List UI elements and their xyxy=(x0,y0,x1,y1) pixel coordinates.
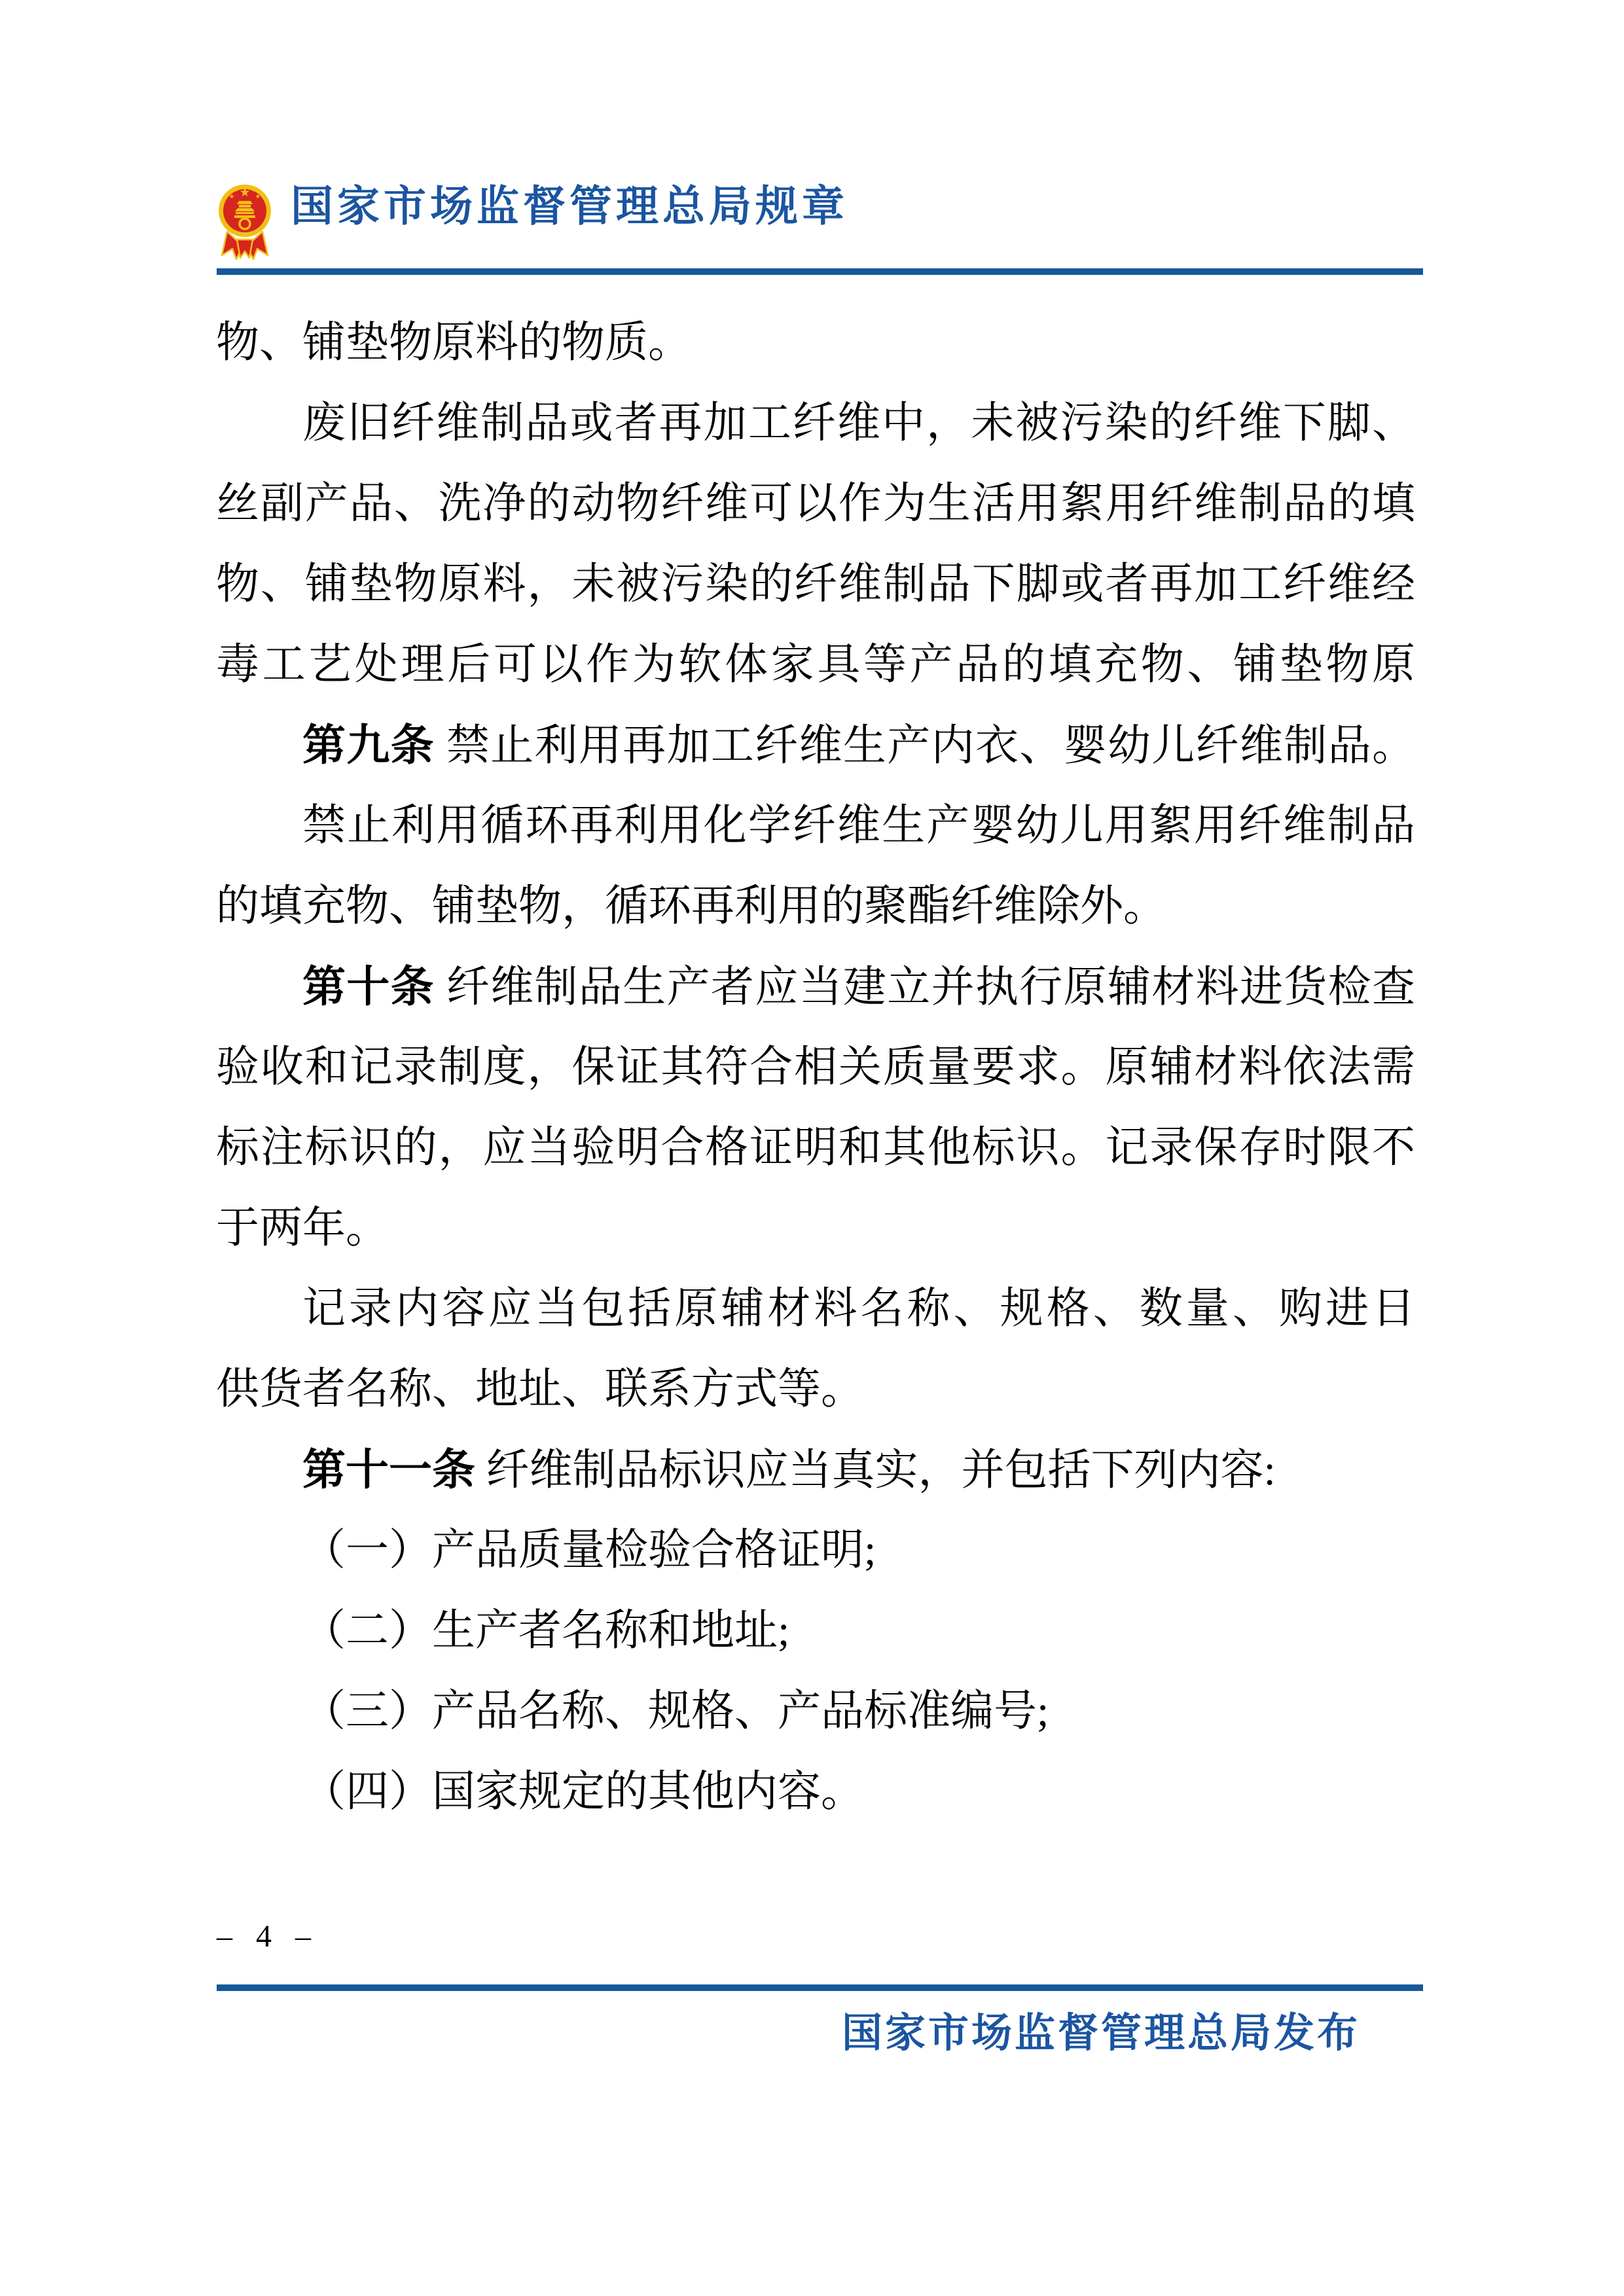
body-line: 的填充物、铺垫物，循环再利用的聚酯纤维除外。 xyxy=(216,866,1415,946)
body-line: 废旧纤维制品或者再加工纤维中，未被污染的纤维下脚、缫 xyxy=(216,383,1415,463)
body-line: 第九条 禁止利用再加工纤维生产内衣、婴幼儿纤维制品。 xyxy=(216,705,1415,785)
document-header: 国家市场监督管理总局规章 xyxy=(217,182,848,263)
body-line: 毒工艺处理后可以作为软体家具等产品的填充物、铺垫物原料。 xyxy=(216,624,1415,705)
article-number: 第十条 xyxy=(302,961,435,1012)
body-line: 于两年。 xyxy=(216,1188,1415,1268)
body-line: （二）生产者名称和地址; xyxy=(216,1590,1415,1671)
document-body: 物、铺垫物原料的物质。废旧纤维制品或者再加工纤维中，未被污染的纤维下脚、缫丝副产… xyxy=(216,302,1415,1832)
body-line: 供货者名称、地址、联系方式等。 xyxy=(216,1349,1415,1429)
page-number: – 4 – xyxy=(217,1915,316,1958)
body-line: 标注标识的，应当验明合格证明和其他标识。记录保存时限不少 xyxy=(216,1107,1415,1188)
footer-publisher: 国家市场监督管理总局发布 xyxy=(217,2005,1423,2062)
body-line: （三）产品名称、规格、产品标准编号; xyxy=(216,1671,1415,1751)
header-agency-title: 国家市场监督管理总局规章 xyxy=(291,182,848,232)
body-line: 第十条 纤维制品生产者应当建立并执行原辅材料进货检查 xyxy=(216,946,1415,1027)
document-page: 国家市场监督管理总局规章 物、铺垫物原料的物质。废旧纤维制品或者再加工纤维中，未… xyxy=(0,0,1624,2296)
body-line: 禁止利用循环再利用化学纤维生产婴幼儿用絮用纤维制品 xyxy=(216,785,1415,866)
body-line: 记录内容应当包括原辅材料名称、规格、数量、购进日期， xyxy=(216,1268,1415,1349)
body-line: 物、铺垫物原料，未被污染的纤维制品下脚或者再加工纤维经消 xyxy=(216,544,1415,624)
article-number: 第九条 xyxy=(302,720,435,770)
body-line: （一）产品质量检验合格证明; xyxy=(216,1510,1415,1590)
article-number: 第十一条 xyxy=(302,1444,475,1495)
body-line: 丝副产品、洗净的动物纤维可以作为生活用絮用纤维制品的填充 xyxy=(216,463,1415,544)
body-line: 物、铺垫物原料的物质。 xyxy=(216,302,1415,383)
body-line: 验收和记录制度，保证其符合相关质量要求。原辅材料依法需要 xyxy=(216,1027,1415,1107)
body-line: 第十一条 纤维制品标识应当真实，并包括下列内容: xyxy=(216,1429,1415,1510)
header-divider-rule xyxy=(217,268,1423,275)
footer-divider-rule xyxy=(217,1984,1423,1991)
prc-national-emblem-icon xyxy=(217,182,272,263)
body-line: （四）国家规定的其他内容。 xyxy=(216,1751,1415,1832)
